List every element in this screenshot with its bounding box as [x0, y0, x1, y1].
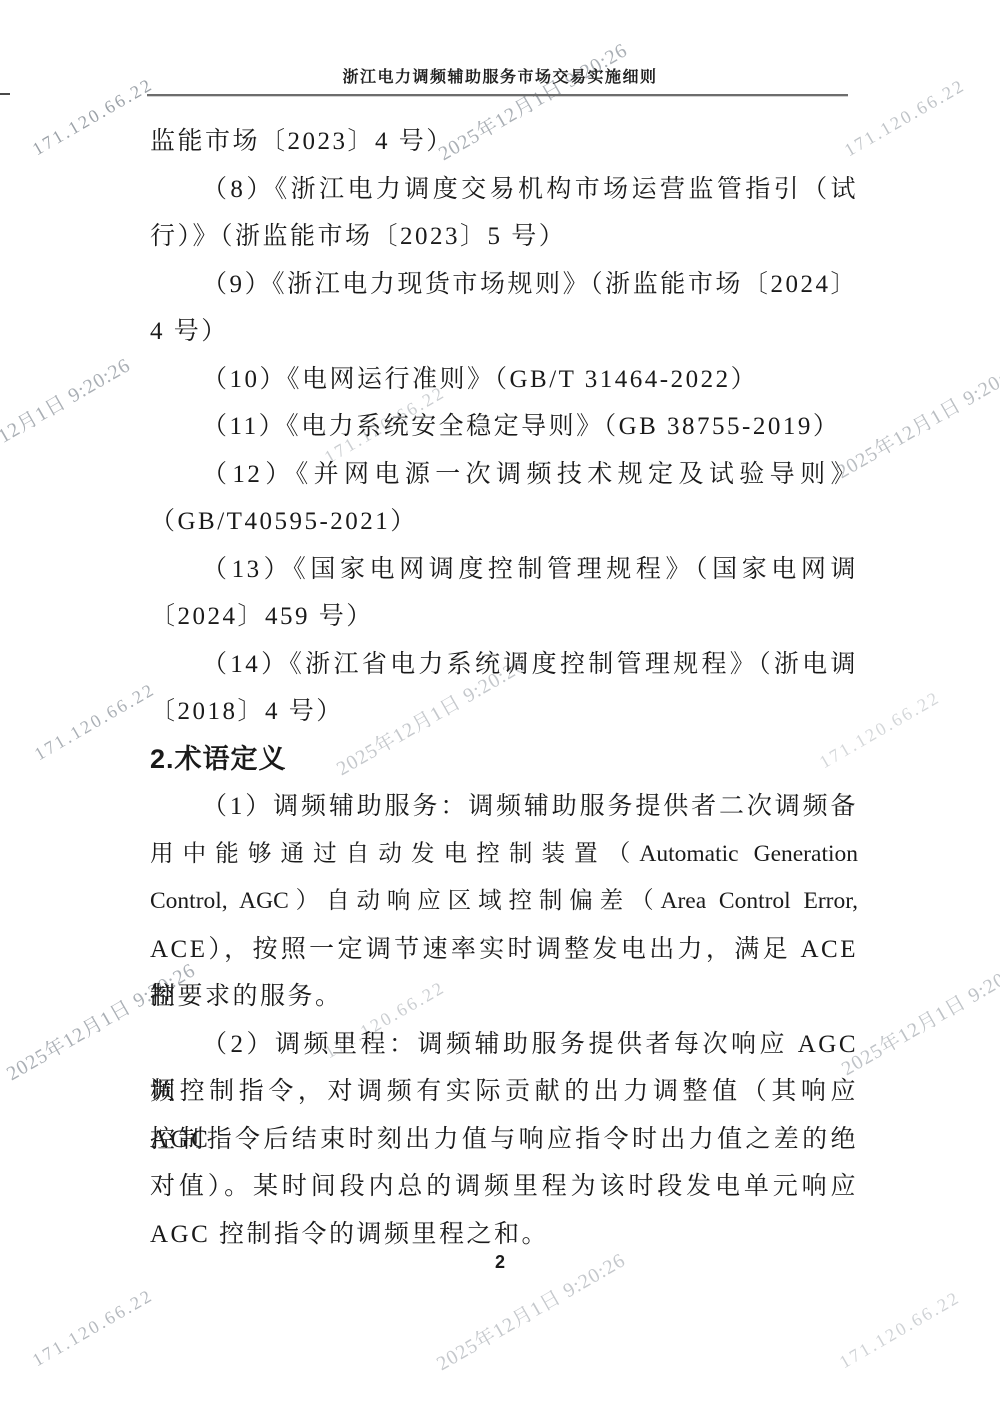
- body-line: Control, AGC）自动响应区域控制偏差（Area Control Err…: [150, 878, 858, 926]
- document-body: 监能市场〔2023〕4 号）（8）《浙江电力调度交易机构市场运营监管指引（试行）…: [150, 118, 858, 1258]
- body-line: ACE），按照一定调节速率实时调整发电出力，满足 ACE 控: [150, 926, 858, 974]
- watermark-datetime: 2025年12月1日 9:20:26: [835, 949, 1000, 1081]
- body-line: 对值）。某时间段内总的调频里程为该时段发电单元响应: [150, 1163, 858, 1211]
- body-line: （13）《国家电网调度控制管理规程》（国家电网调: [150, 546, 858, 594]
- body-line: （14）《浙江省电力系统调度控制管理规程》（浙电调: [150, 641, 858, 689]
- scan-edge-artifact: [0, 93, 10, 95]
- body-line: 频控制指令，对调频有实际贡献的出力调整值（其响应 AGC: [150, 1068, 858, 1116]
- watermark-ip-address: 171.120.66.22: [836, 1287, 964, 1373]
- page-header-title: 浙江电力调频辅助服务市场交易实施细则: [0, 67, 1000, 89]
- watermark-datetime: 2025年12月1日 9:20:26: [0, 349, 135, 481]
- body-line: 用中能够通过自动发电控制装置（Automatic Generation: [150, 831, 858, 879]
- body-line: （8）《浙江电力调度交易机构市场运营监管指引（试: [150, 166, 858, 214]
- body-line: （1）调频辅助服务：调频辅助服务提供者二次调频备: [150, 783, 858, 831]
- watermark-ip-address: 171.120.66.22: [31, 679, 159, 765]
- body-line: 监能市场〔2023〕4 号）: [150, 118, 858, 166]
- section-heading: 2.术语定义: [150, 736, 858, 784]
- body-line: （10）《电网运行准则》（GB/T 31464-2022）: [150, 356, 858, 404]
- body-line: 〔2024〕459 号）: [150, 593, 858, 641]
- body-line: （12）《并网电源一次调频技术规定及试验导则》: [150, 451, 858, 499]
- body-line: 〔2018〕4 号）: [150, 688, 858, 736]
- body-line: （2）调频里程：调频辅助服务提供者每次响应 AGC 调: [150, 1021, 858, 1069]
- body-line: 4 号）: [150, 308, 858, 356]
- body-line: 控制指令后结束时刻出力值与响应指令时出力值之差的绝: [150, 1116, 858, 1164]
- body-line: （9）《浙江电力现货市场规则》（浙监能市场〔2024〕: [150, 261, 858, 309]
- body-line: （11）《电力系统安全稳定导则》（GB 38755-2019）: [150, 403, 858, 451]
- document-page: 171.120.66.222025年12月1日 9:20:26171.120.6…: [0, 0, 1000, 1414]
- body-line: 制要求的服务。: [150, 973, 858, 1021]
- body-line: （GB/T40595-2021）: [150, 498, 858, 546]
- watermark-ip-address: 171.120.66.22: [29, 1285, 157, 1371]
- page-number: 2: [0, 1250, 1000, 1274]
- body-line: 行）》（浙监能市场〔2023〕5 号）: [150, 213, 858, 261]
- header-rule: [147, 94, 848, 96]
